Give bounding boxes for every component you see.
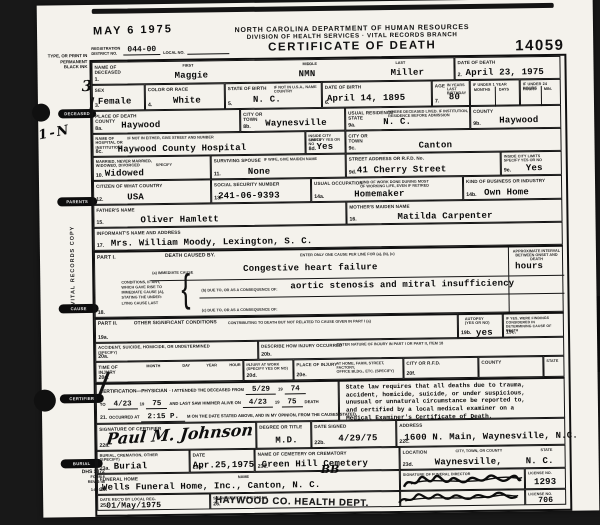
field-1-number: 1. xyxy=(95,77,99,83)
field-street-address: STREET ADDRESS OR R.F.D. No. 9d. 41 Cher… xyxy=(346,152,501,178)
immediate-cause-value: Congestive heart failure xyxy=(243,262,378,274)
state-of-birth-label: STATE OF BIRTH xyxy=(228,85,267,91)
attended-from-year: 74 xyxy=(285,385,306,394)
informant-label: INFORMANT'S NAME AND ADDRESS xyxy=(97,229,181,236)
degree-value: M.D. xyxy=(275,435,298,445)
field-8a-number: 8a. xyxy=(95,126,102,132)
field-if-under-1-year: IF UNDER 1 YEAR MONTHS DAYS xyxy=(470,79,520,106)
business-label: KIND OF BUSINESS OR INDUSTRY xyxy=(466,178,545,184)
date-of-birth-label: DATE OF BIRTH xyxy=(325,84,362,90)
residence-state-value: N. C. xyxy=(383,117,411,127)
death-city-value: Waynesville xyxy=(265,118,327,129)
field-race: COLOR OR RACE 4. White xyxy=(145,83,225,110)
occupation-note: KIND OF WORK DONE DURING MOST OF WORKING… xyxy=(360,179,429,188)
hours-head: HOURS xyxy=(523,87,537,91)
race-value: White xyxy=(173,96,201,106)
date-of-birth-value: April 14, 1895 xyxy=(327,93,406,104)
state-law-text: State law requires that all deaths due t… xyxy=(346,381,526,422)
interval-b-rule xyxy=(508,293,564,295)
field-4-number: 4. xyxy=(148,102,152,108)
field-8c-number: 8c. xyxy=(96,149,103,155)
time-of-death-value: 2:15 P. xyxy=(141,413,185,423)
last-saw-year: 75 xyxy=(281,398,302,407)
occurred-rest-label: M ON THE DATE STATED ABOVE, AND IN MY OP… xyxy=(187,412,357,419)
field-date-signed: DATE SIGNED 22b. 4/29/75 xyxy=(311,420,396,448)
to-label: TO xyxy=(100,402,106,407)
race-label: COLOR OR RACE xyxy=(148,86,188,92)
autopsy-value: yes xyxy=(476,328,493,338)
burial-value: Burial xyxy=(114,461,148,471)
date-received-value: 01/May/1975 xyxy=(106,501,161,511)
field-date-of-death: DATE OF DEATH 2. April 23, 1975 xyxy=(454,56,560,80)
field-residence-inside-city-limits: INSIDE CITY LIMITS SPECIFY YES OR NO 9e.… xyxy=(501,151,562,176)
date-of-death-label: DATE OF DEATH xyxy=(457,59,495,65)
field-occupation: USUAL OCCUPATION KIND OF WORK DONE DURIN… xyxy=(311,176,463,202)
handwritten-bb: BB xyxy=(321,463,340,476)
date-of-death-value: April 23, 1975 xyxy=(466,67,545,78)
field-9d-number: 9d. xyxy=(349,169,357,175)
sex-label: SEX xyxy=(95,87,105,93)
death-city-label: CITY OR TOWN xyxy=(243,111,262,122)
field-injury-state: STATE xyxy=(543,356,564,377)
19-prefix-a: 19 xyxy=(278,386,283,391)
field-injury-city: CITY OR R.F.D. 20f. xyxy=(403,357,478,379)
field-residence-city: CITY OR TOWN 9c. Canton xyxy=(345,128,561,154)
hole-punch-bottom xyxy=(34,389,56,411)
field-citizen: CITIZEN OF WHAT COUNTRY 12. USA xyxy=(93,179,211,205)
months-head: MONTHS xyxy=(474,88,491,92)
hour-head: HOUR xyxy=(229,363,240,367)
sex-value: Female xyxy=(98,96,132,106)
field-death-inside-city-limits: INSIDE CITY LIMITS SPECIFY YES OR NO 8d.… xyxy=(305,131,345,155)
interval-label: APPROXIMATE INTERVAL BETWEEN ONSET AND D… xyxy=(511,249,562,262)
state-of-birth-note: IF NOT IN U.S.A., NAME COUNTRY xyxy=(274,84,321,93)
address-value: 1600 N. Main, Waynesville, N.C. xyxy=(404,431,578,443)
death-word-label: DEATH xyxy=(305,399,319,404)
ssn-value: 241-06-9393 xyxy=(218,190,280,201)
field-embalmer-signature xyxy=(400,489,525,507)
father-label: FATHER'S NAME xyxy=(96,207,134,213)
scan-card-edge xyxy=(92,3,554,14)
location-city-value: Waynesville, xyxy=(435,457,502,468)
field-14a-number: 14a. xyxy=(314,194,324,200)
field-8d-number: 8d. xyxy=(309,146,317,152)
min-head: MIN. xyxy=(544,87,552,91)
citizen-label: CITIZEN OF WHAT COUNTRY xyxy=(96,183,162,189)
fd-license-value: 1293 xyxy=(534,477,557,487)
occupation-label: USUAL OCCUPATION xyxy=(314,180,363,186)
injury-at-work-label: INJURY AT WORK (SPECIFY YES OR NO) xyxy=(246,362,288,371)
field-20a-number: 20a. xyxy=(98,354,108,360)
embalmer-signature xyxy=(397,490,520,507)
interval-a-value: hours xyxy=(515,261,543,271)
date-signed-value: 4/29/75 xyxy=(338,433,377,444)
field-20b-number: 20b. xyxy=(261,352,271,358)
funeral-home-label: FUNERAL HOME xyxy=(100,476,138,482)
age-value: 80 xyxy=(449,92,460,102)
cemetery-label: NAME OF CEMETERY OR CREMATORY xyxy=(258,450,347,457)
form-header: NORTH CAROLINA DEPARTMENT OF HUMAN RESOU… xyxy=(187,23,517,54)
received-date-stamp: MAY 6 1975 xyxy=(93,23,173,37)
field-date-received: DATE REC'D BY LOCAL REG. 25. 01/May/1975 xyxy=(97,493,210,510)
day-head: DAY xyxy=(182,363,190,367)
field-father: FATHER'S NAME 15. Oliver Hamlett xyxy=(93,202,346,228)
field-place-of-death-county: PLACE OF DEATH COUNTY 8a. Haywood xyxy=(92,109,240,134)
marital-note: SPECIFY xyxy=(156,163,172,167)
field-place-of-death-city: CITY OR TOWN 8b. Waynesville xyxy=(240,108,345,132)
field-9b-number: 9b. xyxy=(473,121,481,127)
certification-line-2: TO 4/23 19 75 AND LAST SAW HIM/HER ALIVE… xyxy=(100,398,319,410)
injury-state-label: STATE xyxy=(546,358,558,363)
burial-date-value: Apr.25,1975 xyxy=(193,460,255,471)
residence-city-label: CITY OR TOWN xyxy=(348,133,367,144)
residence-icl-note: SPECIFY YES OR NO xyxy=(504,158,542,163)
spouse-label: SURVIVING SPOUSE xyxy=(214,157,261,163)
street-value: 41 Cherry Street xyxy=(357,164,447,175)
field-2-number: 2. xyxy=(458,72,462,78)
embalmer-license-value: 706 xyxy=(538,496,553,505)
field-10-number: 10. xyxy=(96,173,103,179)
field-burial-location: LOCATION CITY, TOWN, OR COUNTY STATE 23d… xyxy=(399,445,565,470)
father-value: Oliver Hamlett xyxy=(140,214,219,225)
field-accident-suicide: ACCIDENT, SUICIDE, HOMICIDE, OR UNDETERM… xyxy=(95,341,258,362)
last-saw-label: AND LAST SAW HIM/HER ALIVE ON xyxy=(169,400,241,406)
conditions-note: CONDITIONS, IF ANY, WHICH GAVE RISE TO I… xyxy=(121,280,164,306)
part-2-label: PART II. xyxy=(98,321,118,327)
field-certifier-address: ADDRESS 22c. 1600 N. Main, Waynesville, … xyxy=(396,418,565,447)
location-label: LOCATION xyxy=(403,449,428,455)
hole-punch-top xyxy=(32,103,50,121)
field-ssn: SOCIAL SECURITY NUMBER 13. 241-06-9393 xyxy=(211,178,311,203)
cemetery-value: Green Hill Cemetery xyxy=(262,458,369,469)
middle-name-value: NMN xyxy=(299,69,316,79)
due-to-b-value: aortic stenosis and mitral insufficiency xyxy=(290,278,514,291)
degree-label: DEGREE OR TITLE xyxy=(259,424,302,430)
month-head: MONTH xyxy=(146,364,160,368)
field-surviving-spouse: SURVIVING SPOUSE IF WIFE, GIVE MAIDEN NA… xyxy=(211,154,346,180)
field-mother: MOTHER'S MAIDEN NAME 16. Matilda Carpent… xyxy=(346,199,562,225)
field-hospital: NAME OF HOSPITAL OR INSTITUTION IF NOT I… xyxy=(92,131,305,157)
field-findings-considered: IF YES, WERE FINDINGS CONSIDERED IN DETE… xyxy=(503,312,564,338)
interval-a-rule xyxy=(508,275,564,277)
under-1-year-divider xyxy=(495,87,496,107)
other-conditions-label: OTHER SIGNIFICANT CONDITIONS xyxy=(134,320,217,327)
field-19a-number: 19a. xyxy=(98,335,108,341)
field-burial-date: DATE 23b. Apr.25,1975 xyxy=(189,449,254,473)
field-8b-number: 8b. xyxy=(243,124,251,130)
field-injury-county: COUNTY xyxy=(478,356,543,378)
field-20f-number: 20f. xyxy=(406,371,415,377)
citizen-value: USA xyxy=(127,192,144,202)
field-burial: BURIAL, CREMATION, OTHER (SPECIFY) 23a. … xyxy=(97,450,190,474)
attended-to-year: 75 xyxy=(146,400,167,409)
residence-state-label: STATE xyxy=(348,115,363,121)
county-label: COUNTY xyxy=(95,119,115,125)
registration-district-value: 044-00 xyxy=(123,45,160,55)
location-state-head: STATE xyxy=(541,447,553,451)
19-prefix-c: 19 xyxy=(275,400,280,405)
certificate-grid: NAME OF DECEASED FIRST MIDDLE LAST 1. Ma… xyxy=(89,54,572,517)
accident-label: ACCIDENT, SUICIDE, HOMICIDE, OR UNDETERM… xyxy=(98,344,210,350)
place-of-injury-note: AT HOME, FARM, STREET, FACTORY, OFFICE B… xyxy=(336,361,402,374)
field-20c-number: 20c. xyxy=(99,375,109,381)
field-5-number: 5. xyxy=(228,101,232,107)
brace-glyph: { xyxy=(181,267,191,312)
field-16-number: 16. xyxy=(349,216,356,222)
cause-b-underline xyxy=(200,294,509,299)
field-23a-number: 23a. xyxy=(100,466,110,472)
funeral-home-name-head: NAME xyxy=(238,474,249,478)
field-15-number: 15. xyxy=(96,220,103,226)
date-signed-label: DATE SIGNED xyxy=(314,423,346,429)
fd-license-label: LICENSE NO. xyxy=(528,470,552,475)
occupation-value: Homemaker xyxy=(354,189,405,200)
field-autopsy: AUTOPSY (YES OR NO) 19b. yes xyxy=(458,313,503,339)
attended-label: · I ATTENDED THE DECEASED FROM xyxy=(169,387,244,393)
field-sex: SEX 3. Female xyxy=(92,84,145,111)
field-age: AGE IN YEARS LAST BIRTHDAY 7. 80 xyxy=(432,80,470,106)
how-injury-note: ENTER NATURE OF INJURY IN PART I OR PART… xyxy=(337,341,443,346)
local-no-label: LOCAL NO. xyxy=(163,50,184,55)
certification-line-1: CERTIFICATION—PHYSICIAN · I ATTENDED THE… xyxy=(100,385,306,397)
field-marital-status: MARRIED, NEVER MARRIED, WIDOWED, DIVORCE… xyxy=(93,155,211,181)
certification-label: CERTIFICATION—PHYSICIAN xyxy=(100,389,168,395)
field-certification: CERTIFICATION—PHYSICIAN · I ATTENDED THE… xyxy=(96,380,340,424)
field-place-of-injury: PLACE OF INJURY AT HOME, FARM, STREET, F… xyxy=(293,358,403,380)
days-head: DAYS xyxy=(499,87,509,91)
field-9e-number: 9e. xyxy=(504,167,511,173)
due-to-c-label: (c) DUE TO, OR AS A CONSEQUENCE OF: xyxy=(202,308,278,313)
field-funeral-director-license: LICENSE NO. 1293 xyxy=(525,468,566,490)
field-20d-number: 20d. xyxy=(246,373,256,379)
location-state-value: N. C. xyxy=(526,456,554,466)
how-injury-label: DESCRIBE HOW INJURY OCCURRED xyxy=(261,342,342,348)
medical-examiner-notice: State law requires that all deaths due t… xyxy=(339,377,566,421)
field-22b-number: 22b. xyxy=(314,440,324,446)
marital-label: MARRIED, NEVER MARRIED, WIDOWED, DIVORCE… xyxy=(96,159,152,169)
state-of-birth-value: N. C. xyxy=(253,94,281,104)
street-label: STREET ADDRESS OR R.F.D. No. xyxy=(349,155,424,161)
place-of-injury-label: PLACE OF INJURY xyxy=(296,361,337,367)
certificate-number: 14059 xyxy=(515,37,564,55)
field-degree-or-title: DEGREE OR TITLE M.D. xyxy=(256,421,311,449)
injury-city-label: CITY OR R.F.D. xyxy=(406,360,440,366)
field-18-number: 18. xyxy=(98,310,105,316)
occurred-at-label: OCCURRED AT xyxy=(109,414,140,419)
burial-date-label: DATE xyxy=(193,452,206,458)
field-time-of-injury: TIME OF INJURY MONTH DAY YEAR HOUR 20c. xyxy=(95,360,243,383)
field-12-number: 12. xyxy=(96,197,103,203)
field-business: KIND OF BUSINESS OR INDUSTRY 14b. Own Ho… xyxy=(463,175,562,200)
field-embalmer-license: LICENSE NO. 706 xyxy=(525,489,566,506)
19-prefix-b: 19 xyxy=(140,401,145,406)
autopsy-label: AUTOPSY (YES OR NO) xyxy=(465,316,490,325)
business-value: Own Home xyxy=(484,187,529,198)
due-to-b-label: (b) DUE TO, OR AS A CONSEQUENCE OF: xyxy=(201,288,277,293)
attended-to-value: 4/23 xyxy=(108,400,138,409)
field-21-number: 21. xyxy=(100,415,107,421)
field-19b-number: 19b. xyxy=(461,330,471,336)
mother-value: Matilda Carpenter xyxy=(397,211,492,222)
field-14b-number: 14b. xyxy=(466,192,476,198)
field-injury-at-work: INJURY AT WORK (SPECIFY YES OR NO) 20d. xyxy=(243,359,293,381)
field-9a-number: 9a. xyxy=(348,122,355,128)
vital-records-copy-label: VITAL RECORDS COPY xyxy=(70,225,77,305)
spouse-value: None xyxy=(248,167,271,177)
field-11-number: 11. xyxy=(214,171,221,177)
last-saw-value: 4/23 xyxy=(243,399,273,408)
one-cause-note: ENTER ONLY ONE CAUSE PER LINE FOR (a), (… xyxy=(300,251,395,256)
informant-value: Mrs. William Moody, Lexington, S. C. xyxy=(111,236,313,249)
under-1-year-label: IF UNDER 1 YEAR xyxy=(473,82,507,87)
location-note: CITY, TOWN, OR COUNTY xyxy=(456,448,503,453)
death-county-value: Haywood xyxy=(121,120,160,131)
middle-head: MIDDLE xyxy=(302,61,317,65)
field-19c-number: 19c. xyxy=(506,329,516,335)
mother-label: MOTHER'S MAIDEN NAME xyxy=(349,203,409,209)
death-certificate-sheet: MAY 6 1975 REGISTRATION DISTRICT NO. 044… xyxy=(37,0,600,518)
address-label: ADDRESS xyxy=(399,422,422,428)
marital-value: Widowed xyxy=(105,168,144,179)
section-part-1: PART I. DEATH CAUSED BY. ENTER ONLY ONE … xyxy=(94,245,564,318)
field-20e-number: 20e. xyxy=(296,372,306,378)
type-print-note: TYPE, OR PRINT IN PERMANENT BLACK INK xyxy=(43,53,87,70)
field-7-number: 7. xyxy=(435,98,439,104)
ssn-label: SOCIAL SECURITY NUMBER xyxy=(214,181,279,187)
first-name-value: Maggie xyxy=(175,70,209,80)
attended-from-value: 5/29 xyxy=(246,386,276,395)
field-residence-county: COUNTY 9b. Haywood xyxy=(470,105,561,129)
death-icl-value: Yes xyxy=(316,142,333,152)
other-conditions-note: CONTRIBUTING TO DEATH BUT NOT RELATED TO… xyxy=(228,319,371,325)
residence-city-value: Canton xyxy=(418,140,452,150)
name-label: NAME OF DECEASED xyxy=(94,64,120,75)
last-head: LAST xyxy=(395,60,405,64)
residence-county-value: Haywood xyxy=(499,115,538,126)
first-head: FIRST xyxy=(182,63,193,67)
residence-county-label: COUNTY xyxy=(473,108,493,114)
field-residence-state: USUAL RESIDENCE WHERE DECEASED LIVED. IF… xyxy=(345,106,470,131)
field-17-number: 17. xyxy=(97,243,104,249)
field-9c-number: 9c. xyxy=(349,145,356,151)
age-label: AGE xyxy=(435,83,445,89)
residence-icl-value: Yes xyxy=(526,163,543,173)
last-name-value: Miller xyxy=(391,68,425,78)
handwritten-1n: 1-N xyxy=(37,123,72,144)
injury-county-label: COUNTY xyxy=(481,359,501,365)
field-if-under-24-hours: IF UNDER 24 HOURS HOURS MIN. xyxy=(520,79,561,106)
field-23d-number: 23d. xyxy=(403,462,413,468)
time-of-injury-label: TIME OF INJURY xyxy=(98,364,117,375)
part-1-label: PART I. xyxy=(97,254,116,260)
hospital-value: Haywood County Hospital xyxy=(117,143,246,155)
registration-district-label: REGISTRATION DISTRICT NO. xyxy=(91,47,120,56)
field-state-of-birth: STATE OF BIRTH IF NOT IN U.S.A., NAME CO… xyxy=(225,82,322,109)
funeral-home-value: Wells Funeral Home, Inc., Canton, N. C. xyxy=(102,480,321,493)
hospital-note: IF NOT IN EITHER, GIVE STREET AND NUMBER xyxy=(127,135,213,140)
field-date-of-birth: DATE OF BIRTH 6. April 14, 1895 xyxy=(322,80,432,107)
spouse-note: IF WIFE, GIVE MAIDEN NAME xyxy=(264,157,317,162)
death-caused-by-label: DEATH CAUSED BY. xyxy=(165,253,215,260)
year-head: YEAR xyxy=(206,363,217,367)
field-funeral-director-signature: SIGNATURE OF FUNERAL DIRECTOR xyxy=(400,468,525,491)
